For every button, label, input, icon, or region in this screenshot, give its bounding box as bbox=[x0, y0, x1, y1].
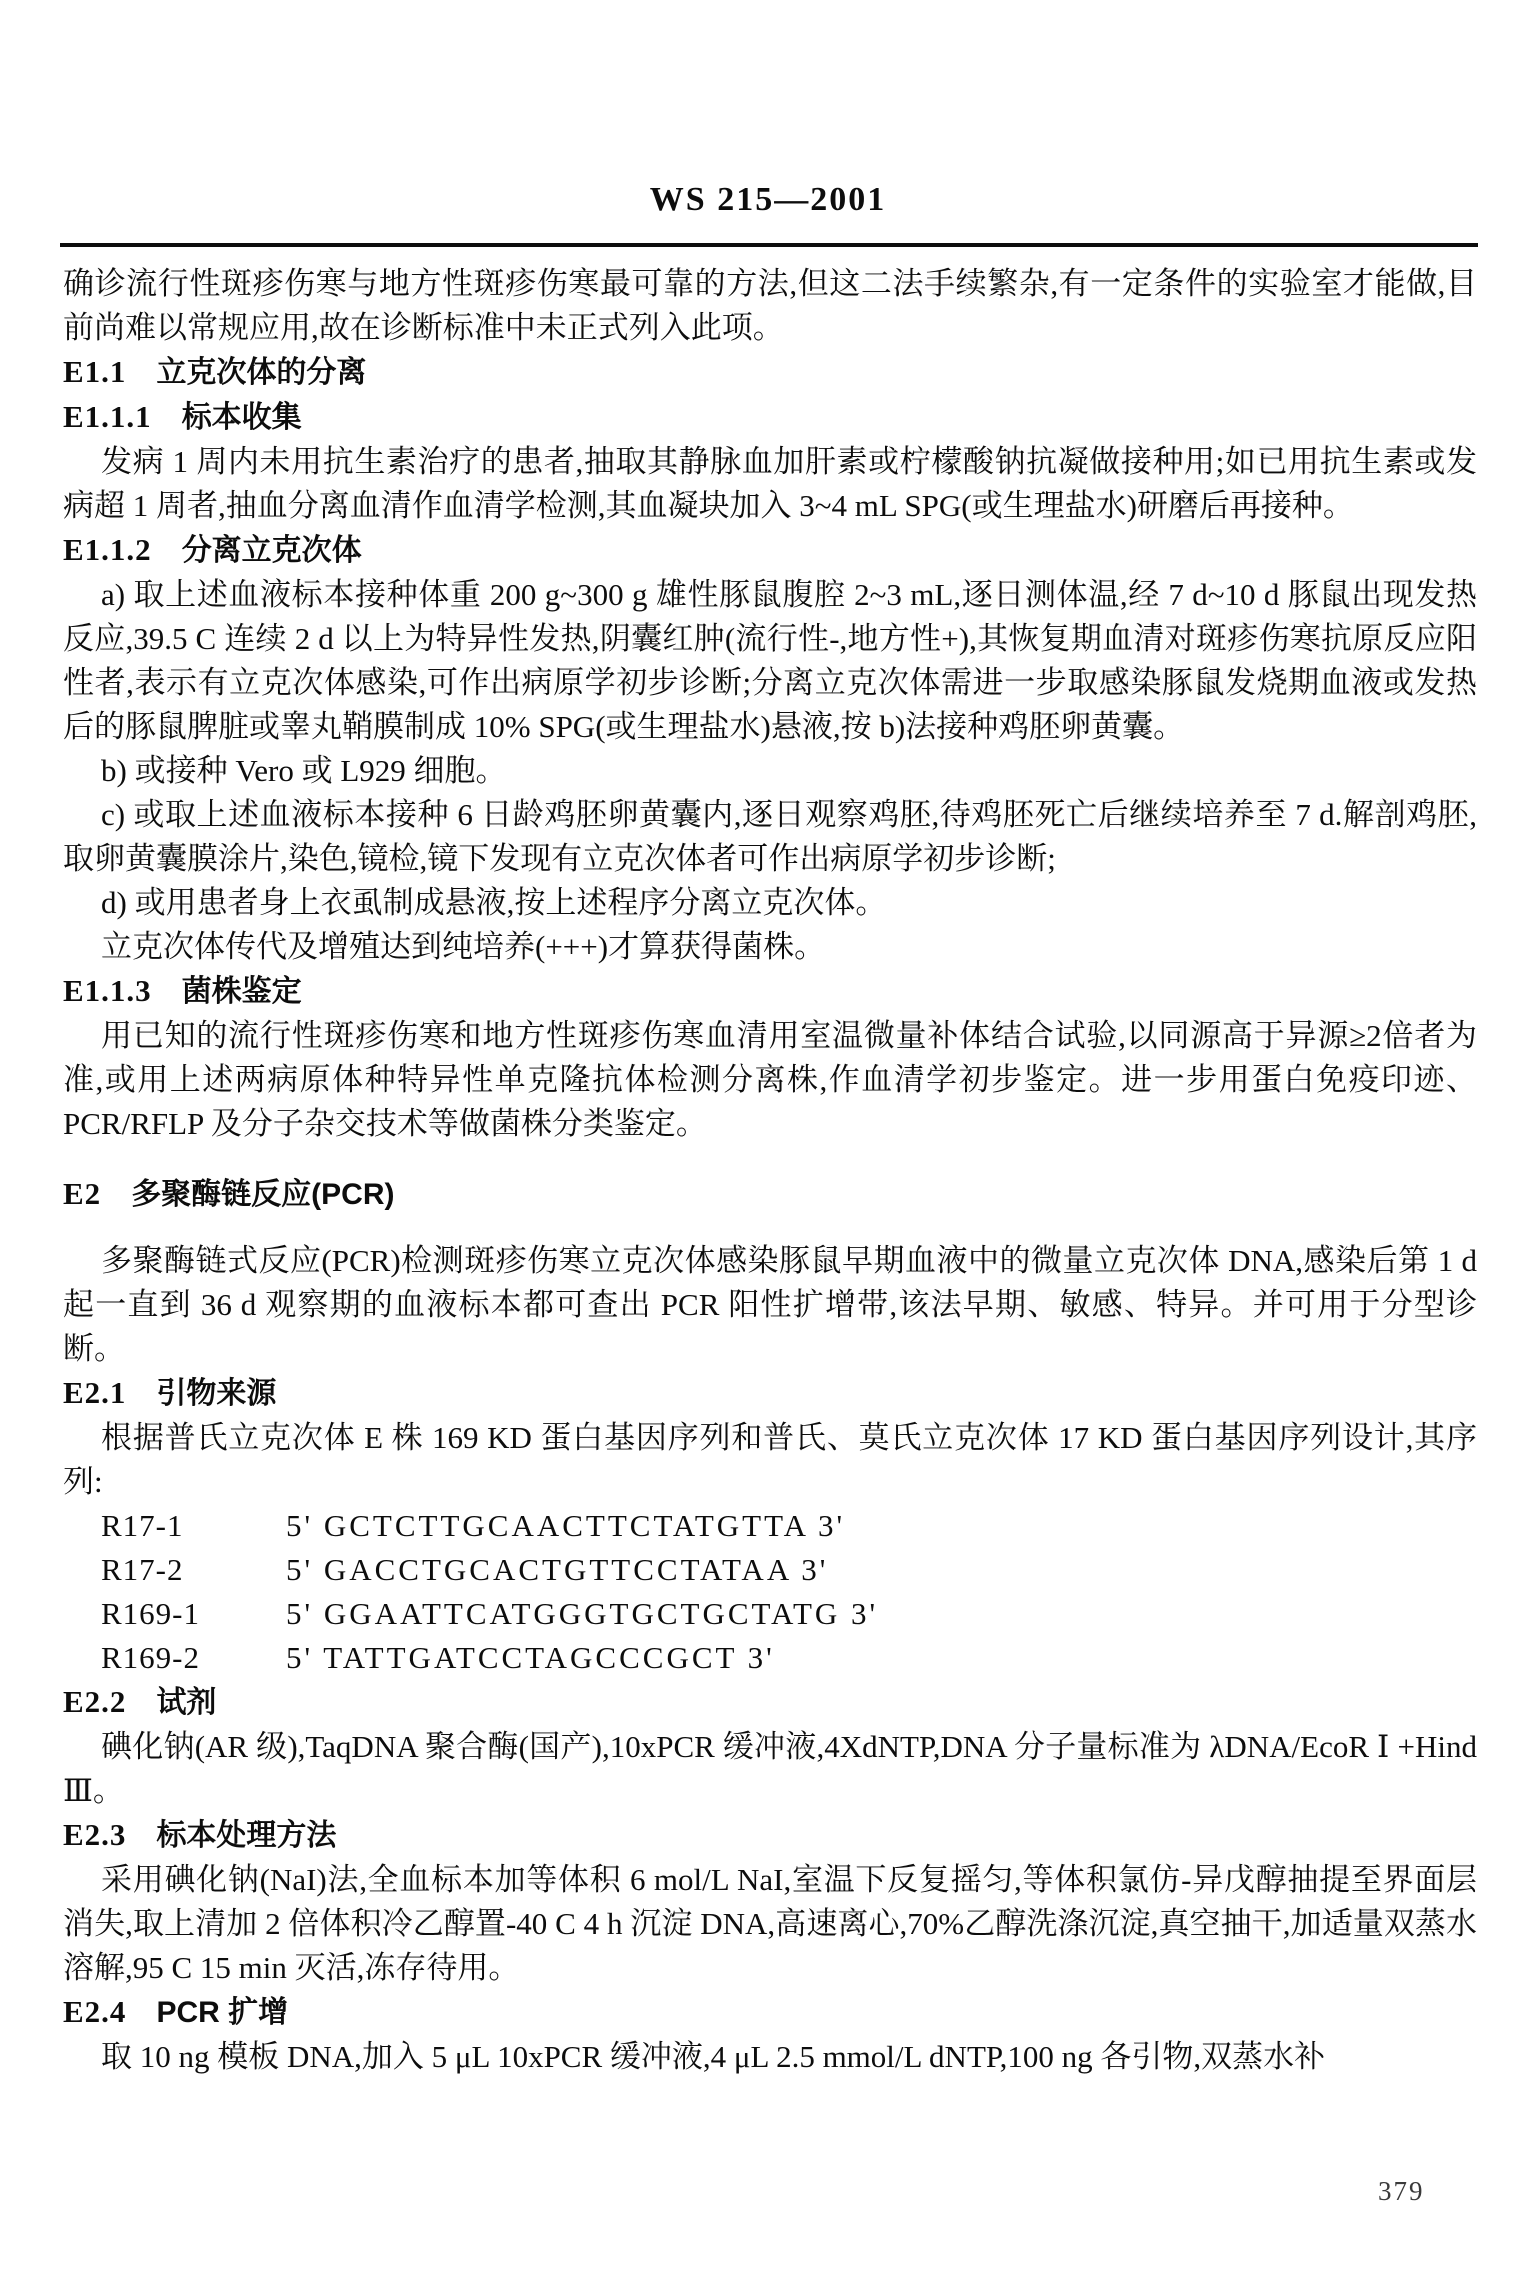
heading-title: 引物来源 bbox=[126, 1377, 276, 1410]
paragraph: 碘化钠(AR 级),TaqDNA 聚合酶(国产),10xPCR 缓冲液,4XdN… bbox=[63, 1725, 1477, 1813]
primer-sequence: 5' TATTGATCCTAGCCCGCT 3' bbox=[286, 1640, 775, 1675]
heading-number: E2 bbox=[63, 1176, 101, 1211]
primer-sequence: 5' GACCTGCACTGTTCCTATAA 3' bbox=[286, 1552, 828, 1587]
chapter-heading: E2多聚酶链反应(PCR) bbox=[63, 1172, 1477, 1217]
heading-number: E2.3 bbox=[63, 1817, 126, 1852]
section-heading: E2.2试剂 bbox=[63, 1680, 1477, 1725]
primer-sequence: 5' GGAATTCATGGGTGCTGCTATG 3' bbox=[286, 1596, 878, 1631]
paragraph: 发病 1 周内未用抗生素治疗的患者,抽取其静脉血加肝素或柠檬酸钠抗凝做接种用;如… bbox=[63, 440, 1477, 528]
paragraph: 确诊流行性斑疹伤寒与地方性斑疹伤寒最可靠的方法,但这二法手续繁杂,有一定条件的实… bbox=[63, 262, 1477, 350]
paragraph: 立克次体传代及增殖达到纯培养(+++)才算获得菌株。 bbox=[63, 925, 1477, 969]
primer-row: R17-15' GCTCTTGCAACTTCTATGTTA 3' bbox=[63, 1504, 1477, 1548]
primer-label: R169-2 bbox=[101, 1636, 286, 1680]
heading-number: E1.1.3 bbox=[63, 973, 152, 1008]
section-heading: E2.4PCR 扩增 bbox=[63, 1990, 1477, 2035]
paragraph: b) 或接种 Vero 或 L929 细胞。 bbox=[63, 749, 1477, 793]
heading-number: E2.4 bbox=[63, 1994, 126, 2029]
heading-number: E2.2 bbox=[63, 1684, 126, 1719]
heading-title: 立克次体的分离 bbox=[126, 356, 366, 389]
primer-label: R17-1 bbox=[101, 1504, 286, 1548]
standard-number: WS 215—2001 bbox=[0, 181, 1536, 219]
heading-title: 菌株鉴定 bbox=[152, 975, 302, 1008]
heading-title: 分离立克次体 bbox=[152, 534, 362, 567]
heading-number: E1.1.2 bbox=[63, 532, 152, 567]
heading-number: E2.1 bbox=[63, 1375, 126, 1410]
primer-row: R169-25' TATTGATCCTAGCCCGCT 3' bbox=[63, 1636, 1477, 1680]
paragraph: d) 或用患者身上衣虱制成悬液,按上述程序分离立克次体。 bbox=[63, 881, 1477, 925]
primer-row: R17-25' GACCTGCACTGTTCCTATAA 3' bbox=[63, 1548, 1477, 1592]
paragraph: 用已知的流行性斑疹伤寒和地方性斑疹伤寒血清用室温微量补体结合试验,以同源高于异源… bbox=[63, 1014, 1477, 1146]
document-content: 确诊流行性斑疹伤寒与地方性斑疹伤寒最可靠的方法,但这二法手续繁杂,有一定条件的实… bbox=[63, 262, 1477, 2079]
primer-label: R169-1 bbox=[101, 1592, 286, 1636]
paragraph: 根据普氏立克次体 E 株 169 KD 蛋白基因序列和普氏、莫氏立克次体 17 … bbox=[63, 1416, 1477, 1504]
heading-title: PCR 扩增 bbox=[126, 1996, 288, 2029]
section-heading: E1.1.3菌株鉴定 bbox=[63, 969, 1477, 1014]
page-number: 379 bbox=[1378, 2176, 1425, 2207]
paragraph: c) 或取上述血液标本接种 6 日龄鸡胚卵黄囊内,逐日观察鸡胚,待鸡胚死亡后继续… bbox=[63, 793, 1477, 881]
paragraph: a) 取上述血液标本接种体重 200 g~300 g 雄性豚鼠腹腔 2~3 mL… bbox=[63, 573, 1477, 749]
heading-title: 试剂 bbox=[126, 1686, 216, 1719]
heading-title: 多聚酶链反应(PCR) bbox=[101, 1178, 394, 1211]
heading-number: E1.1 bbox=[63, 354, 126, 389]
heading-title: 标本处理方法 bbox=[126, 1819, 336, 1852]
heading-number: E1.1.1 bbox=[63, 399, 152, 434]
section-heading: E1.1立克次体的分离 bbox=[63, 350, 1477, 395]
paragraph: 采用碘化钠(NaI)法,全血标本加等体积 6 mol/L NaI,室温下反复摇匀… bbox=[63, 1858, 1477, 1990]
section-heading: E1.1.2分离立克次体 bbox=[63, 528, 1477, 573]
heading-title: 标本收集 bbox=[152, 401, 302, 434]
paragraph: 多聚酶链式反应(PCR)检测斑疹伤寒立克次体感染豚鼠早期血液中的微量立克次体 D… bbox=[63, 1239, 1477, 1371]
paragraph: 取 10 ng 模板 DNA,加入 5 μL 10xPCR 缓冲液,4 μL 2… bbox=[63, 2035, 1477, 2079]
primer-sequence: 5' GCTCTTGCAACTTCTATGTTA 3' bbox=[286, 1508, 845, 1543]
section-heading: E1.1.1标本收集 bbox=[63, 395, 1477, 440]
primer-label: R17-2 bbox=[101, 1548, 286, 1592]
section-heading: E2.3标本处理方法 bbox=[63, 1813, 1477, 1858]
primer-row: R169-15' GGAATTCATGGGTGCTGCTATG 3' bbox=[63, 1592, 1477, 1636]
section-heading: E2.1引物来源 bbox=[63, 1371, 1477, 1416]
header-rule bbox=[60, 243, 1478, 247]
